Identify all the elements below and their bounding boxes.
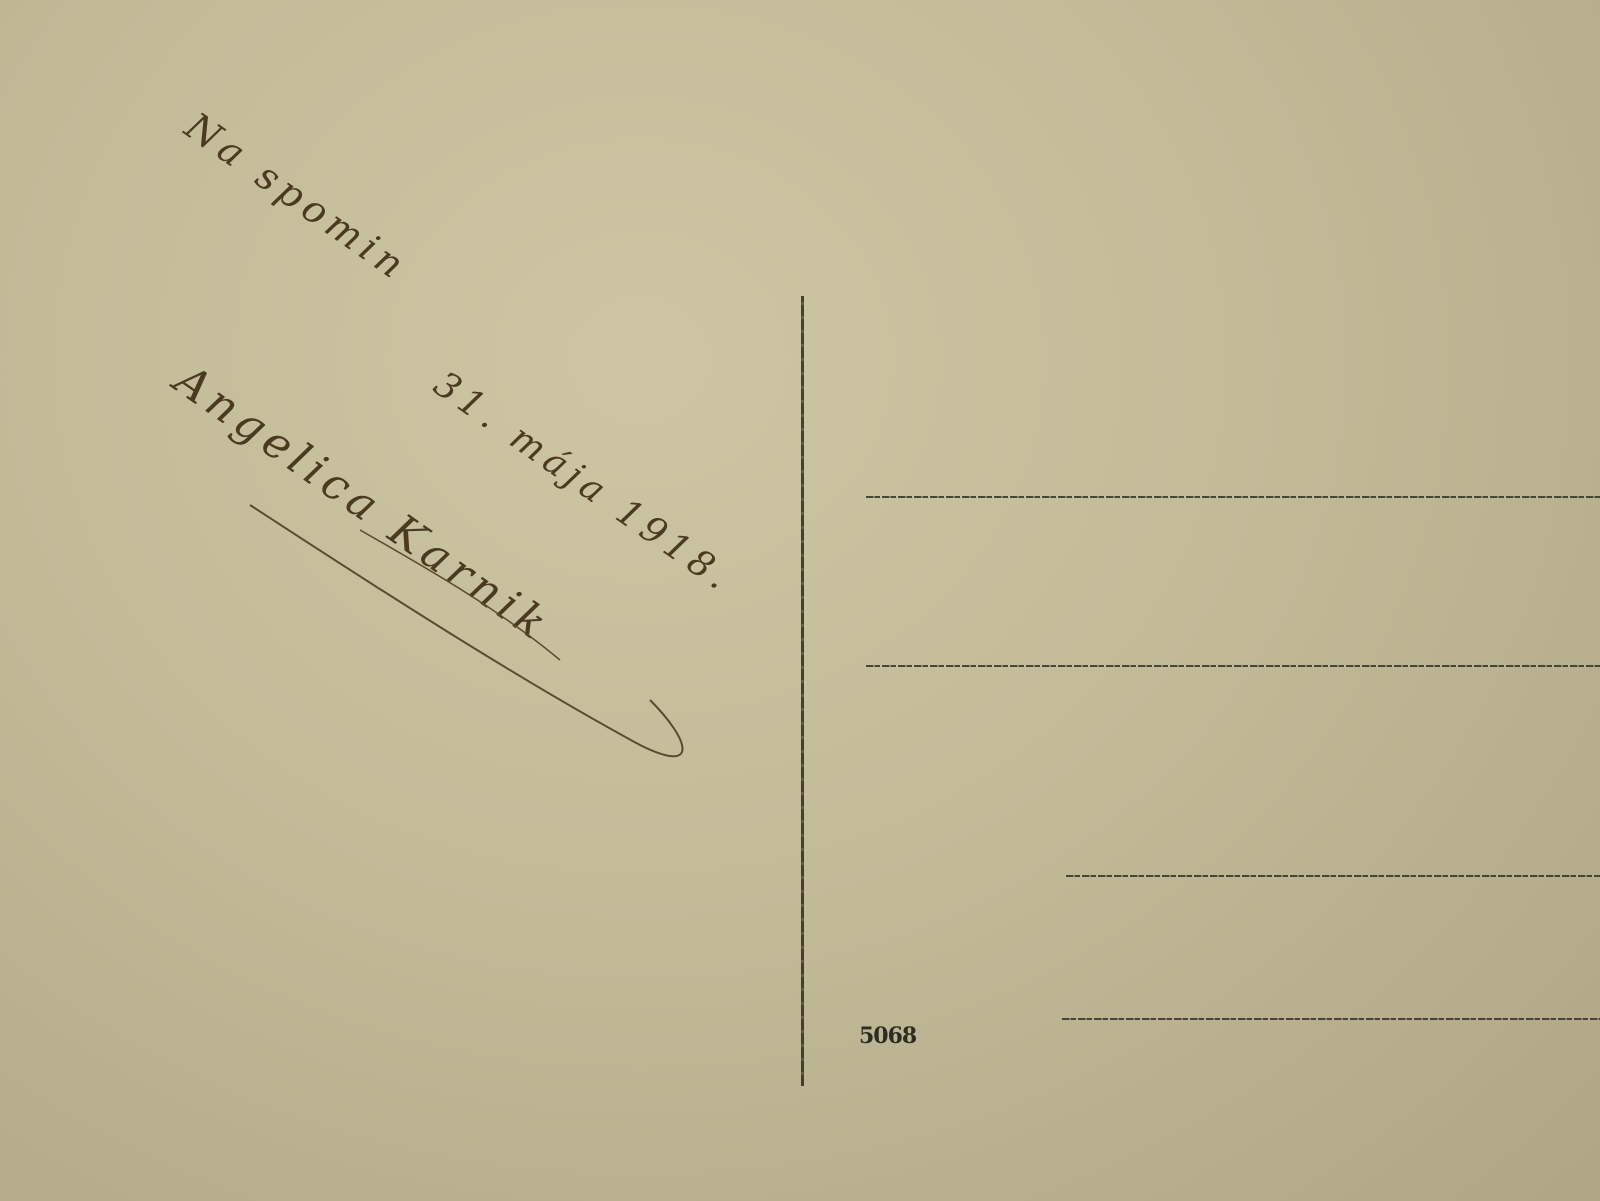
signature-flourish bbox=[0, 0, 1600, 1201]
address-line-3 bbox=[1066, 875, 1600, 877]
catalog-number: 5068 bbox=[859, 1023, 916, 1049]
address-line-1 bbox=[866, 496, 1600, 498]
center-divider bbox=[801, 296, 804, 1086]
postcard-back: Na spomin 31. mája 1918. Angelica Karnik… bbox=[0, 0, 1600, 1201]
address-line-2 bbox=[866, 665, 1600, 667]
address-line-4 bbox=[1062, 1018, 1600, 1020]
